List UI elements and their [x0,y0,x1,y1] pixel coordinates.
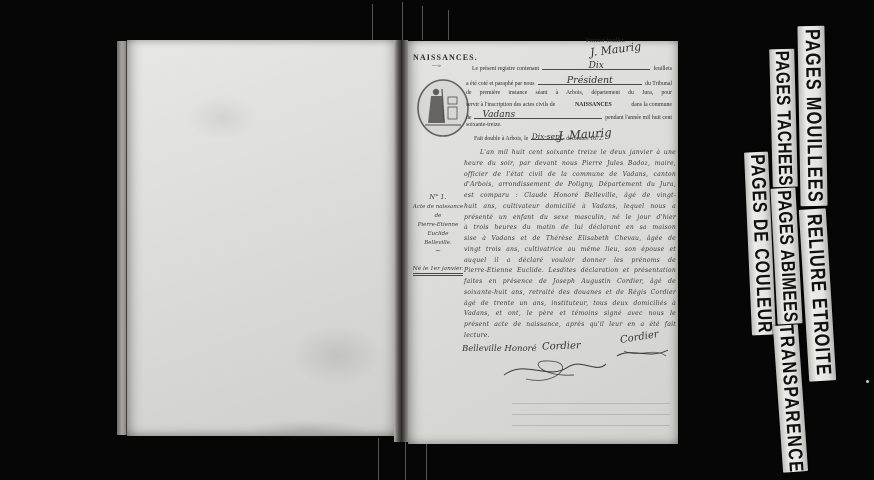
handwritten-fill: Président [538,75,643,86]
page-stain [292,325,382,385]
label-pages-abimees: PAGES ABIMEES [770,187,802,324]
act-line: Pierre-Etienne Euclide. Lesdites déclara… [464,266,676,277]
label-text: PAGES MOUILLEES [799,29,825,203]
act-number: N° 1. [410,193,466,201]
form-text: dans la commune [631,102,672,108]
margin-note-line: Pierre-Etienne Euclide [410,221,466,239]
act-line: Vadans, et ont, le père et témoins signé… [464,309,676,320]
signature-witness: Cordier [542,340,581,352]
label-reliure-etroite: RELIURE ETROITE [799,208,836,381]
form-blank: Dix [542,63,650,70]
page-stain [247,420,367,440]
form-text: feuillets [653,66,672,72]
form-text: servir à l'inscription des actes civils … [466,102,555,108]
signature-flourish-icon [496,355,612,385]
form-text: pendant l'année mil huit cent [605,115,672,121]
ruled-line [512,425,670,426]
act-line: d'Arbois, arrondissement de Poligny, Dép… [464,180,676,191]
act-line: officier de l'état civil de la commune d… [464,170,676,181]
birth-act-text: L'an mil huit cent soixante treize le de… [464,148,676,342]
act-line: présent acte de naissance, après qu'il l… [464,320,676,331]
form-text: de première instance séant à Arbois, dép… [466,90,672,96]
act-line: présenté un enfant du sexe masculin, né … [464,213,676,224]
form-text: Le présent registre contenant [466,66,539,72]
signature-paraph-icon [614,345,672,361]
microfilm-scan: NAISSANCES. —» Premier feuillet. J. Maur… [0,0,874,480]
ornament-icon: ~ [410,248,466,255]
label-text: RELIURE ETROITE [801,213,834,376]
label-pages-tachees: PAGES TACHEES [769,49,798,188]
label-text: PAGES DE COULEUR [745,153,776,333]
act-line: à trois heures du matin de lui déclarant… [464,223,676,234]
page-edge [117,41,127,435]
handwritten-fill: Dix [542,61,650,71]
act-line: vingt trois ans, cultivatrice au même li… [464,245,676,256]
label-pages-mouillees: PAGES MOUILLEES [797,26,827,206]
film-speck [866,380,869,383]
page-title: NAISSANCES. [413,53,478,62]
act-line: âgé de trente un ans, instituteur, tous … [464,299,676,310]
ruled-line [512,403,670,404]
label-text: PAGES ABIMEES [772,189,801,322]
blank-left-page [127,40,396,436]
margin-note: N° 1. Acte de naissance de Pierre-Etienn… [410,193,466,276]
act-line: faites en présence de Joseph Augustin Co… [464,277,676,288]
binding-gutter [394,40,408,442]
form-blank: Président [538,78,643,85]
film-scratch [426,440,427,480]
act-line: est comparu : Claude Honoré Belleville, … [464,191,676,202]
official-seal-icon [415,77,471,139]
margin-note-line: Acte de naissance de [410,203,466,221]
form-text: Fait double à Arbois, le [474,136,528,142]
ruled-line [512,414,670,415]
form-text-bold: NAISSANCES [575,102,612,108]
label-text: TRANSPARENCE [774,323,807,473]
form-text: a été coté et paraphé par nous [466,81,535,87]
act-line: sise à Vadans et de Thérèse Elisabeth Ch… [464,234,676,245]
act-line: soixante-huit ans, retraité des douanes … [464,288,676,299]
ornament-icon: —» [432,63,441,69]
form-text: du Tribunal [645,81,672,87]
act-line: auquel il a déclaré vouloir donner les p… [464,256,676,267]
form-blank: Vadans [474,112,602,119]
register-page: NAISSANCES. —» Premier feuillet. J. Maur… [408,41,678,444]
film-scratch [448,10,449,40]
act-line: heure du soir, par devant nous Pierre Ju… [464,159,676,170]
birth-date-note: Né le 1er janvier. [413,266,464,276]
film-scratch [378,438,379,480]
film-scratch [372,4,373,40]
act-line: L'an mil huit cent soixante treize le de… [464,148,676,159]
film-scratch [422,6,423,40]
handwritten-fill: Vadans [474,110,602,120]
film-scratch [402,2,403,40]
label-text: PAGES TACHEES [771,50,796,186]
form-text: de [466,115,471,121]
page-stain [187,95,257,140]
signature-father: Belleville Honoré [462,344,537,354]
film-scratch [405,437,406,480]
label-transparence: TRANSPARENCE [773,324,808,472]
act-line: huit ans, cultivateur domicilié à Vadans… [464,202,676,213]
label-pages-de-couleur: PAGES DE COULEUR [744,152,776,336]
